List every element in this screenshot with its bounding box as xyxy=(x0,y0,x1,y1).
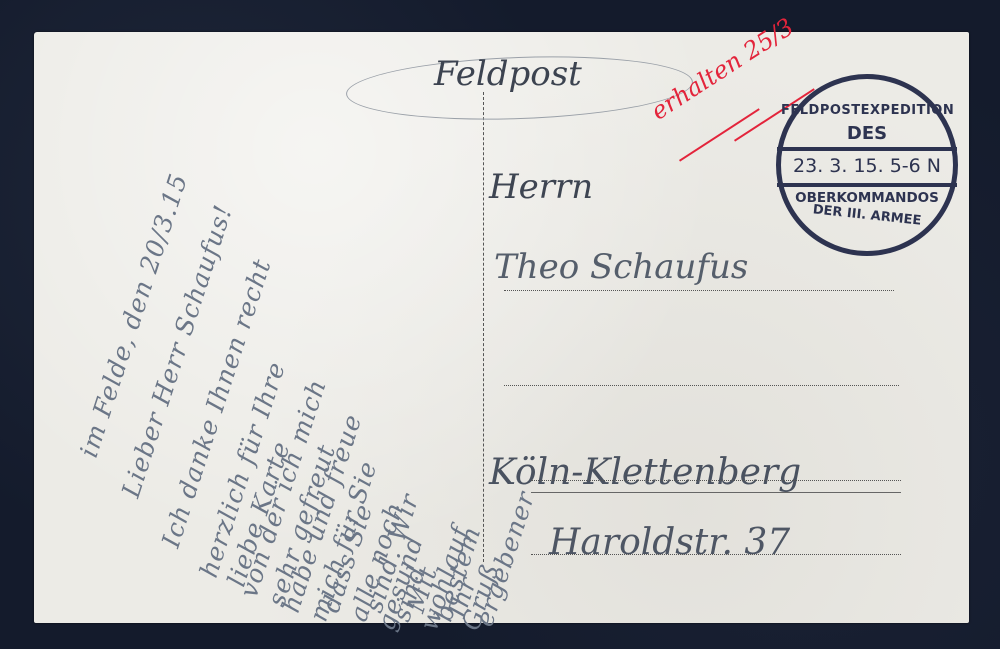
red-underline xyxy=(679,108,760,161)
address-city: Köln-Klettenberg xyxy=(489,452,801,493)
feldpost-header: Feldpost xyxy=(434,54,582,94)
postcard: im Felde, den 20/3.15 Lieber Herr Schauf… xyxy=(34,32,969,623)
address-dotted-line xyxy=(531,554,901,555)
postmark-band xyxy=(777,183,957,187)
address-divider-line xyxy=(483,92,484,562)
address-dotted-line xyxy=(531,480,901,481)
postmark-band xyxy=(777,147,957,151)
postmark-des-text: DES xyxy=(781,123,953,144)
address-dotted-line xyxy=(504,385,899,386)
address-name: Theo Schaufus xyxy=(494,247,748,287)
postmark-stamp: FELDPOSTEXPEDITION DES 23. 3. 15. 5-6 N … xyxy=(776,74,958,256)
address-solid-line xyxy=(531,492,901,493)
handwritten-message: im Felde, den 20/3.15 Lieber Herr Schauf… xyxy=(44,52,484,612)
address-dotted-line xyxy=(504,290,894,291)
address-street: Haroldstr. 37 xyxy=(549,522,790,563)
postmark-top-text: FELDPOSTEXPEDITION xyxy=(781,103,953,118)
postmark-date: 23. 3. 15. 5-6 N xyxy=(781,155,953,177)
address-salutation: Herrn xyxy=(489,167,593,207)
